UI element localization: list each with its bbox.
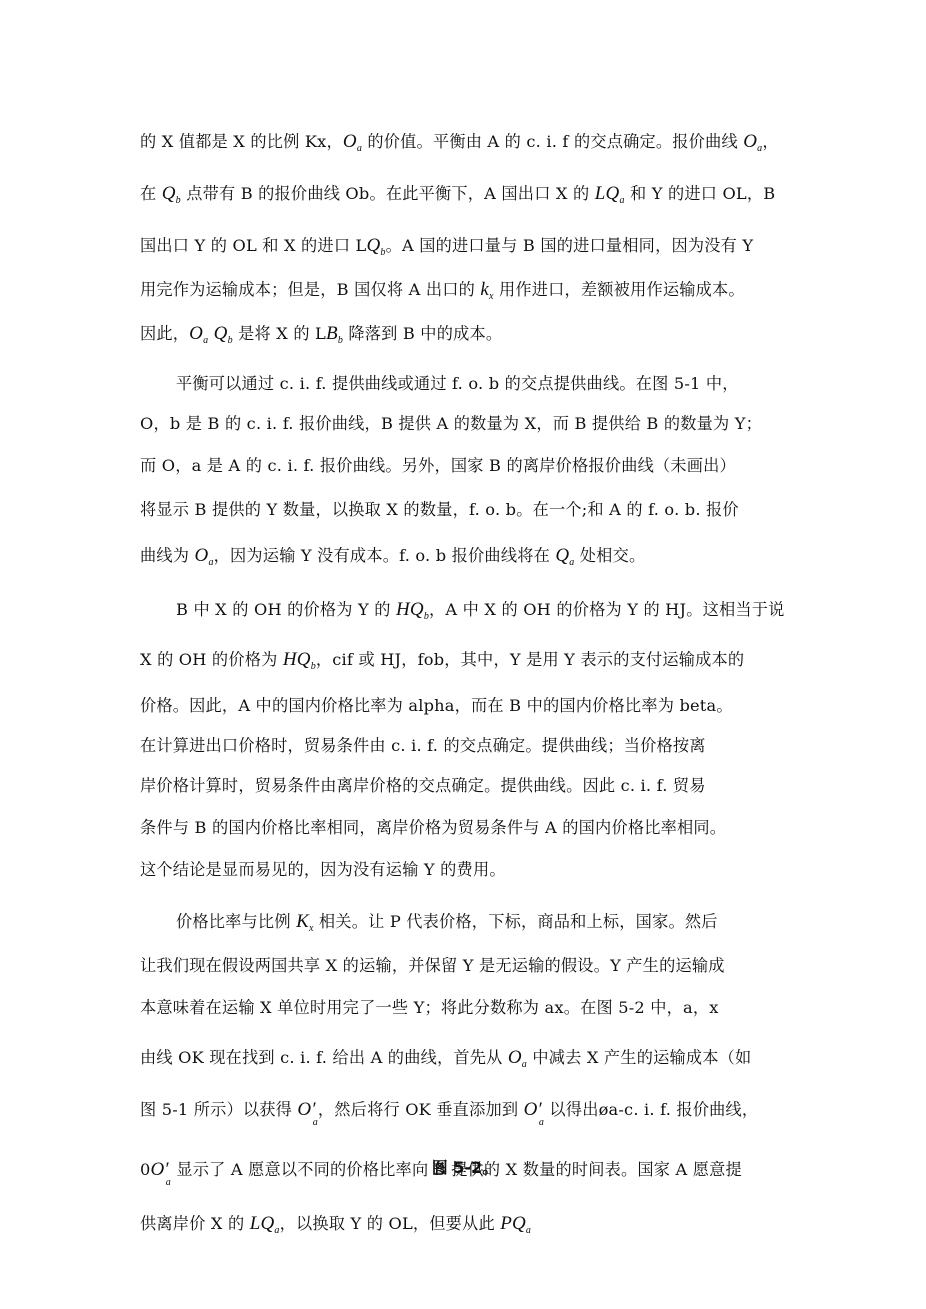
text-line: 岸价格计算时，贸易条件由离岸价格的交点确定。提供曲线。因此 c. i. f. 贸… [140, 774, 706, 798]
text-line: 由线 OK 现在找到 c. i. f. 给出 A 的曲线，首先从 Oa 中减去 … [140, 1046, 751, 1070]
text-line: 的 X 值都是 X 的比例 Kx，Oa 的价值。平衡由 A 的 c. i. f … [140, 130, 779, 154]
math-symbol: Oa [195, 545, 214, 566]
text-line: 将显示 B 提供的 Y 数量，以换取 X 的数量，f. o. b。在一个;和 A… [140, 498, 739, 522]
math-symbol: Qb [162, 183, 181, 204]
text-line: 这个结论是显而易见的，因为没有运输 Y 的费用。 [140, 858, 506, 882]
text-line: 在计算进出口价格时，贸易条件由 c. i. f. 的交点确定。提供曲线；当价格按… [140, 734, 706, 758]
text-line: 让我们现在假设两国共享 X 的运输，并保留 Y 是无运输的假设。Y 产生的运输成 [140, 954, 725, 978]
math-symbol: LQa [595, 183, 625, 204]
text-line: 因此，Oa Qb 是将 X 的 LBb 降落到 B 中的成本。 [140, 322, 502, 346]
math-symbol: HQb [396, 599, 429, 620]
math-symbol: Oa [189, 323, 208, 344]
text-line: 国出口 Y 的 OL 和 X 的进口 LQb。A 国的进口量与 B 国的进口量相… [140, 234, 753, 258]
text-line: 在 Qb 点带有 B 的报价曲线 Ob。在此平衡下，A 国出口 X 的 LQa … [140, 182, 775, 206]
text-line: B 中 X 的 OH 的价格为 Y 的 HQb，A 中 X 的 OH 的价格为 … [176, 598, 785, 622]
figure-caption: 图 5-2。 [140, 1155, 790, 1178]
text-line: 供离岸价 X 的 LQa，以换取 Y 的 OL，但要从此 PQa [140, 1212, 531, 1236]
text-line: 而 O，a 是 A 的 c. i. f. 报价曲线。另外，国家 B 的离岸价格报… [140, 454, 736, 478]
text-line: 用完作为运输成本；但是，B 国仅将 A 出口的 kx 用作进口，差额被用作运输成… [140, 278, 745, 302]
math-symbol: PQa [500, 1213, 531, 1234]
math-symbol: Qb [214, 323, 233, 344]
math-symbol: Bb [326, 323, 343, 344]
math-symbol: O′a [297, 1099, 317, 1120]
text-line: 价格比率与比例 Kx 相关。让 P 代表价格，下标，商品和上标，国家。然后 [176, 910, 718, 934]
math-symbol: O′a [524, 1099, 544, 1120]
math-symbol: Oa [343, 131, 362, 152]
math-symbol: Qb [367, 235, 386, 256]
math-symbol: Kx [296, 911, 314, 932]
text-line: O，b 是 B 的 c. i. f. 报价曲线，B 提供 A 的数量为 X，而 … [140, 412, 762, 436]
math-symbol: Oa [743, 131, 762, 152]
text-line: 图 5-1 所示）以获得 O′a，然后将行 OK 垂直添加到 O′a 以得出øa… [140, 1098, 758, 1122]
math-symbol: Qa [555, 545, 574, 566]
text-line: 曲线为 Oa，因为运输 Y 没有成本。f. o. b 报价曲线将在 Qa 处相交… [140, 544, 645, 568]
math-symbol: Oa [508, 1047, 527, 1068]
text-line: 价格。因此，A 中的国内价格比率为 alpha，而在 B 中的国内价格比率为 b… [140, 694, 733, 718]
text-line: X 的 OH 的价格为 HQb，cif 或 HJ，fob，其中，Y 是用 Y 表… [140, 648, 744, 672]
math-symbol: kx [480, 279, 493, 300]
text-line: 条件与 B 的国内价格比率相同，离岸价格为贸易条件与 A 的国内价格比率相同。 [140, 816, 726, 840]
text-line: 本意味着在运输 X 单位时用完了一些 Y；将此分数称为 ax。在图 5-2 中，… [140, 996, 719, 1020]
text-line: 平衡可以通过 c. i. f. 提供曲线或通过 f. o. b 的交点提供曲线。… [176, 372, 739, 396]
math-symbol: HQb [283, 649, 316, 670]
math-symbol: LQa [250, 1213, 280, 1234]
